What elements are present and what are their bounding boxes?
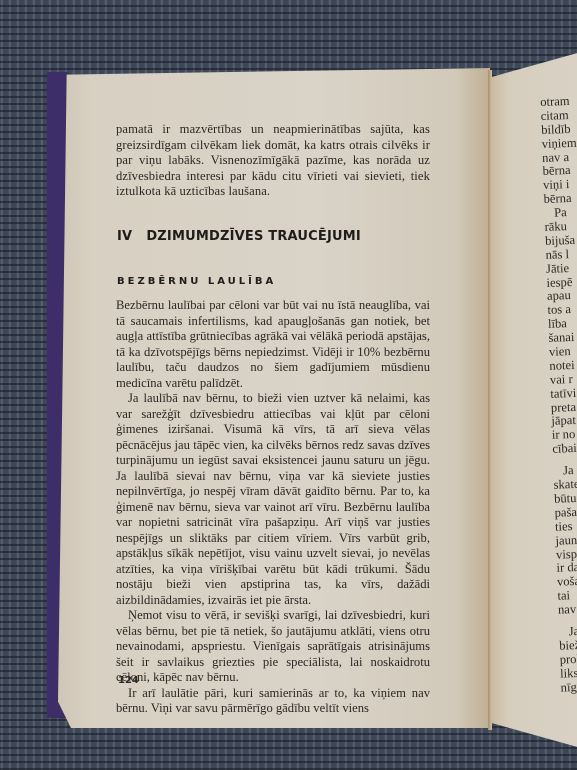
paragraph: Ņemot visu to vērā, ir sevišķi svarīgi, … [116, 608, 430, 686]
line-fragment: viņiem [541, 136, 577, 152]
chapter-number: IV [117, 229, 132, 244]
paragraph: Ir arī laulātie pāri, kuri samierinās ar… [116, 686, 430, 717]
section-body: Bezbērnu laulībai par cēloni var būt vai… [116, 298, 430, 717]
paragraph: Ja laulībā nav bērnu, to bieži vien uztv… [116, 391, 430, 608]
line-fragment: paša [554, 504, 577, 520]
line-fragment: prob [559, 651, 577, 667]
line-fragment: nās l [545, 247, 577, 263]
line-fragment: jaun [555, 532, 577, 548]
line-fragment: likst [560, 665, 577, 681]
line-fragment: ties [555, 518, 577, 534]
page-number: 124 [118, 675, 139, 686]
line-fragment: cībai [552, 441, 577, 457]
paragraph: pamatā ir mazvērtības un neapmierinātība… [116, 122, 430, 200]
line-fragment: notei [549, 358, 577, 374]
intro-paragraph: pamatā ir mazvērtības un neapmierinātība… [116, 122, 430, 200]
line-fragment: bijuša [545, 233, 577, 249]
section-title: BEZBĒRNU LAULĪBA [117, 276, 276, 287]
book-gutter [488, 70, 492, 730]
line-fragment: voša [557, 574, 577, 590]
line-fragment: Jātie [546, 260, 577, 276]
chapter-heading: IVDZIMUMDZĪVES TRAUCĒJUMI [117, 229, 361, 244]
paragraph: Bezbērnu laulībai par cēloni var būt vai… [116, 298, 430, 391]
line-fragment: biež [559, 637, 577, 653]
line-fragment: nīgi [560, 679, 577, 695]
line-fragment: nav [558, 602, 577, 618]
chapter-title: DZIMUMDZĪVES TRAUCĒJUMI [146, 229, 361, 244]
